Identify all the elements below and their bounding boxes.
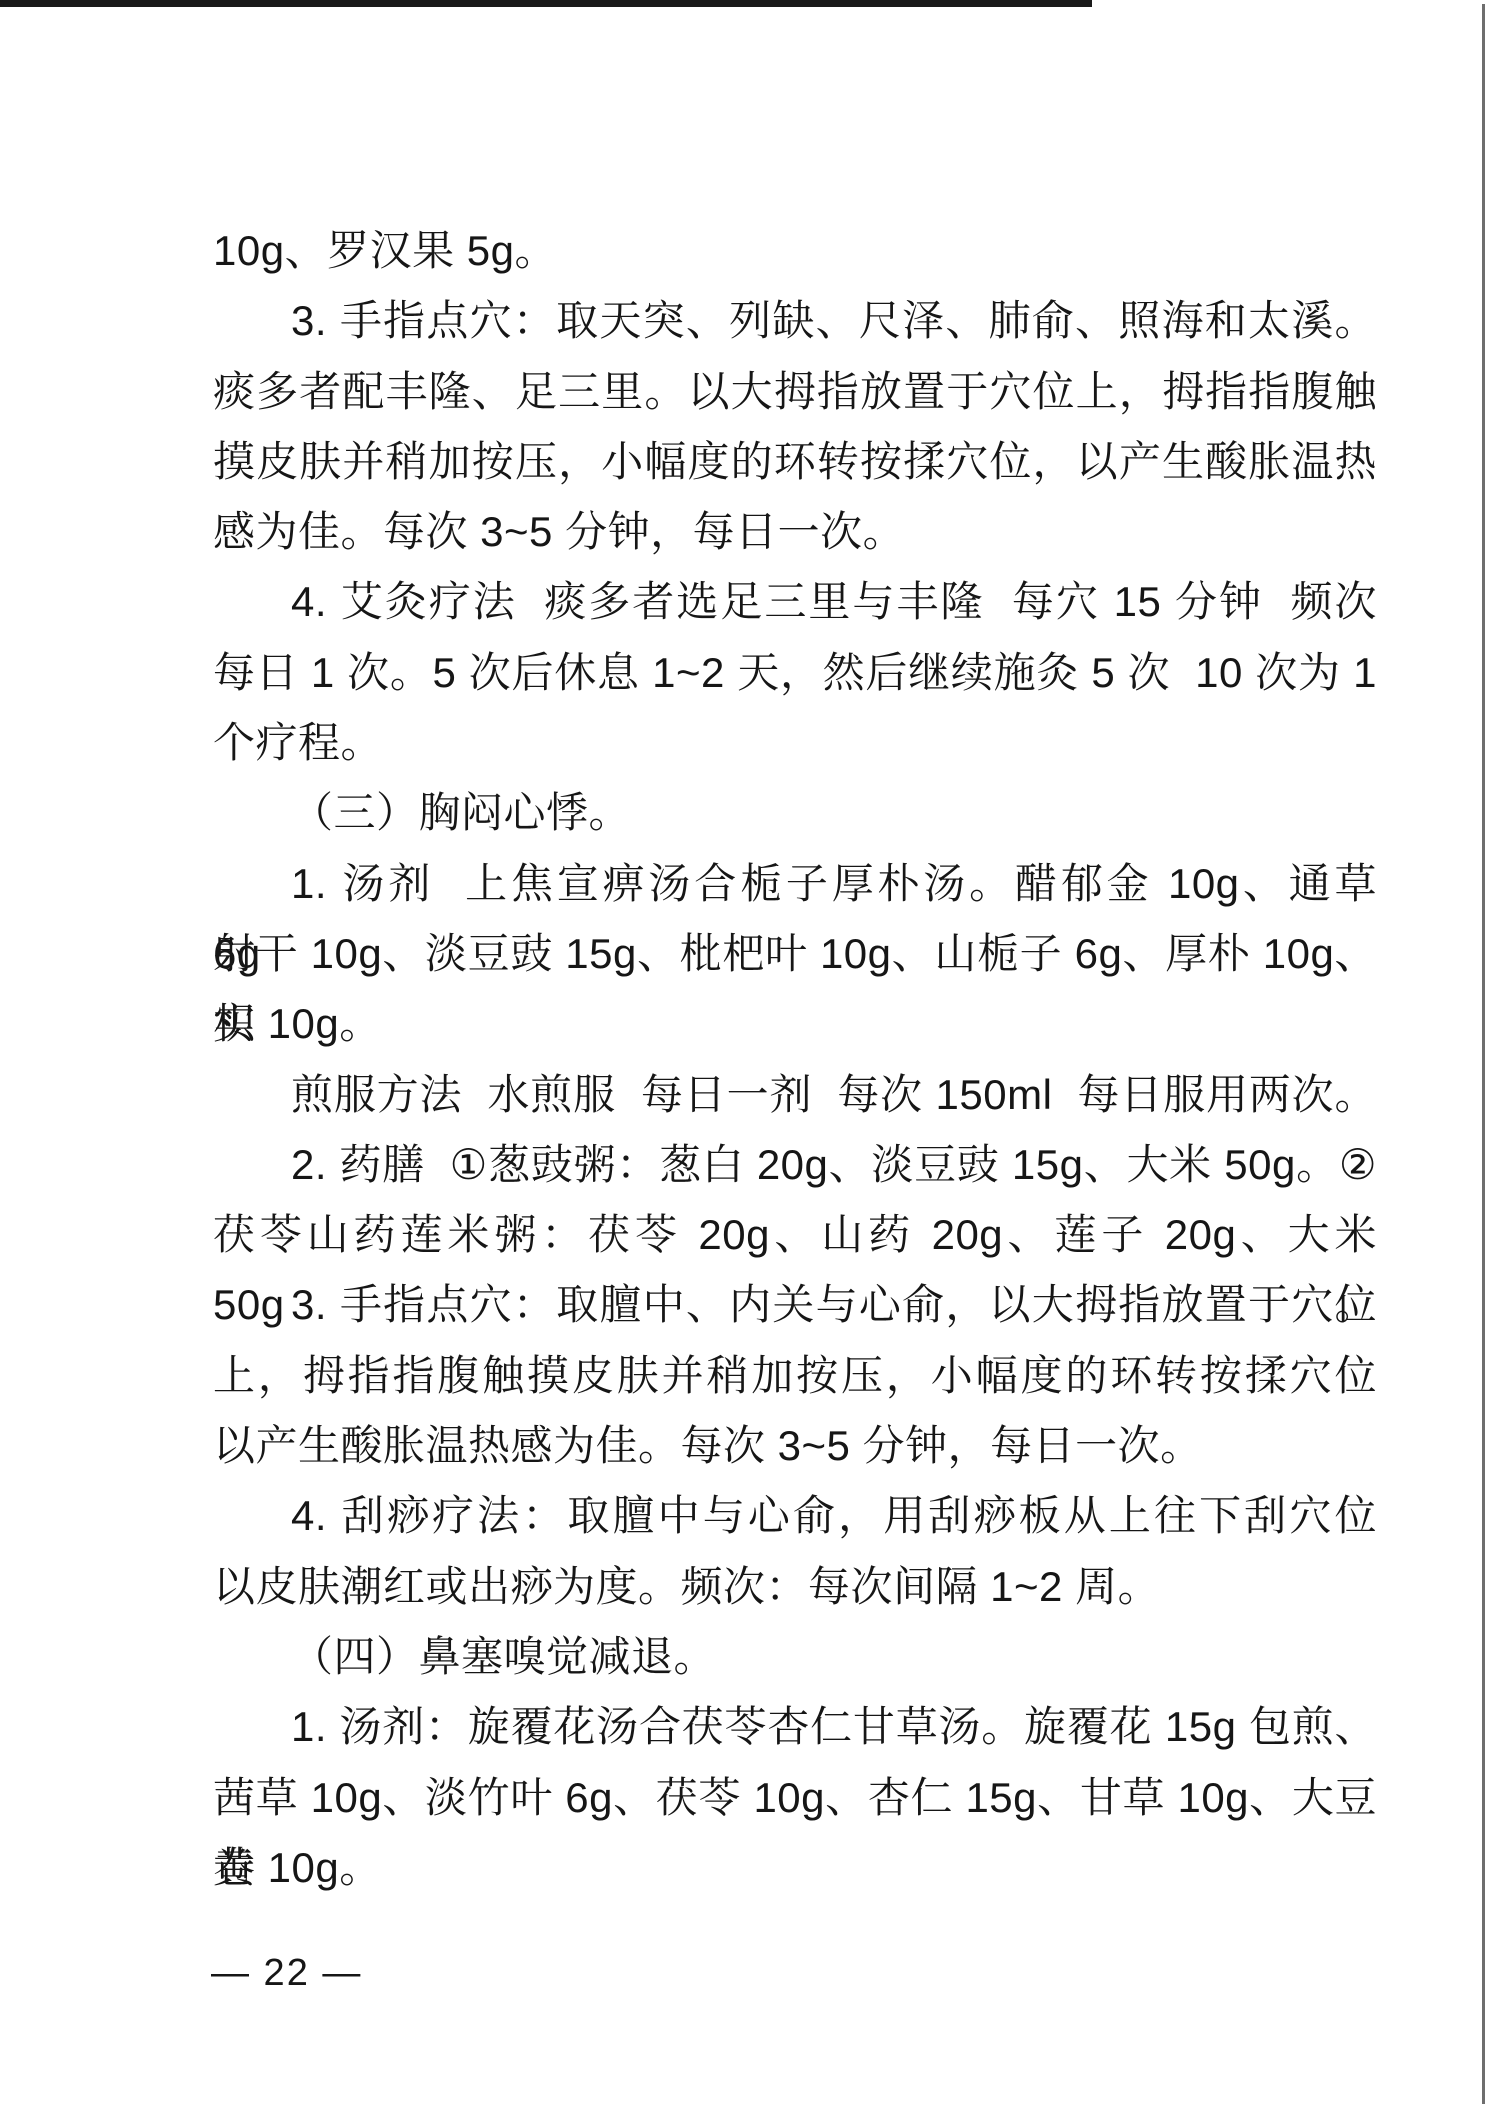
- text-line: 感为佳。每次 3~5 分钟，每日一次。: [213, 497, 1377, 567]
- text-line: 1. 汤剂 上焦宣痹汤合栀子厚朴汤。醋郁金 10g、通草 6g、: [213, 849, 1377, 919]
- text-line: 实 10g。: [213, 989, 1377, 1059]
- text-line: 4. 艾灸疗法 痰多者选足三里与丰隆 每穴 15 分钟 频次: [213, 567, 1377, 637]
- text-line: 卷 10g。: [213, 1833, 1377, 1903]
- text-line: 10g、罗汉果 5g。: [213, 216, 1377, 286]
- page-number: — 22 —: [211, 1952, 362, 1995]
- text-line: 1. 汤剂：旋覆花汤合茯苓杏仁甘草汤。旋覆花 15g 包煎、: [213, 1692, 1377, 1762]
- scan-artifact-right-edge: [1482, 4, 1485, 2104]
- text-line: 摸皮肤并稍加按压，小幅度的环转按揉穴位，以产生酸胀温热: [213, 427, 1377, 497]
- text-line: 茜草 10g、淡竹叶 6g、茯苓 10g、杏仁 15g、甘草 10g、大豆黄: [213, 1763, 1377, 1833]
- scan-artifact-top-edge: [0, 0, 1092, 7]
- text-line: 上，拇指指腹触摸皮肤并稍加按压，小幅度的环转按揉穴位: [213, 1341, 1377, 1411]
- text-line: 痰多者配丰隆、足三里。以大拇指放置于穴位上，拇指指腹触: [213, 357, 1377, 427]
- document-page: 10g、罗汉果 5g。3. 手指点穴：取天突、列缺、尺泽、肺俞、照海和太溪。痰多…: [0, 0, 1488, 2104]
- text-line: 射干 10g、淡豆豉 15g、枇杷叶 10g、山栀子 6g、厚朴 10g、枳: [213, 919, 1377, 989]
- text-line: （三）胸闷心悸。: [213, 778, 1377, 848]
- text-line: 以产生酸胀温热感为佳。每次 3~5 分钟，每日一次。: [213, 1411, 1377, 1481]
- text-line: 个疗程。: [213, 708, 1377, 778]
- text-line: （四）鼻塞嗅觉减退。: [213, 1622, 1377, 1692]
- text-line: 以皮肤潮红或出痧为度。频次：每次间隔 1~2 周。: [213, 1552, 1377, 1622]
- text-line: 每日 1 次。5 次后休息 1~2 天，然后继续施灸 5 次 10 次为 1: [213, 638, 1377, 708]
- text-line: 茯苓山药莲米粥：茯苓 20g、山药 20g、莲子 20g、大米 50g。: [213, 1200, 1377, 1270]
- text-line: 2. 药膳 ①葱豉粥：葱白 20g、淡豆豉 15g、大米 50g。②: [213, 1130, 1377, 1200]
- body-text-block: 10g、罗汉果 5g。3. 手指点穴：取天突、列缺、尺泽、肺俞、照海和太溪。痰多…: [213, 216, 1377, 1903]
- text-line: 煎服方法 水煎服 每日一剂 每次 150ml 每日服用两次。: [213, 1060, 1377, 1130]
- text-line: 3. 手指点穴：取天突、列缺、尺泽、肺俞、照海和太溪。: [213, 286, 1377, 356]
- text-line: 4. 刮痧疗法：取膻中与心俞，用刮痧板从上往下刮穴位: [213, 1481, 1377, 1551]
- text-line: 3. 手指点穴：取膻中、内关与心俞，以大拇指放置于穴位: [213, 1270, 1377, 1340]
